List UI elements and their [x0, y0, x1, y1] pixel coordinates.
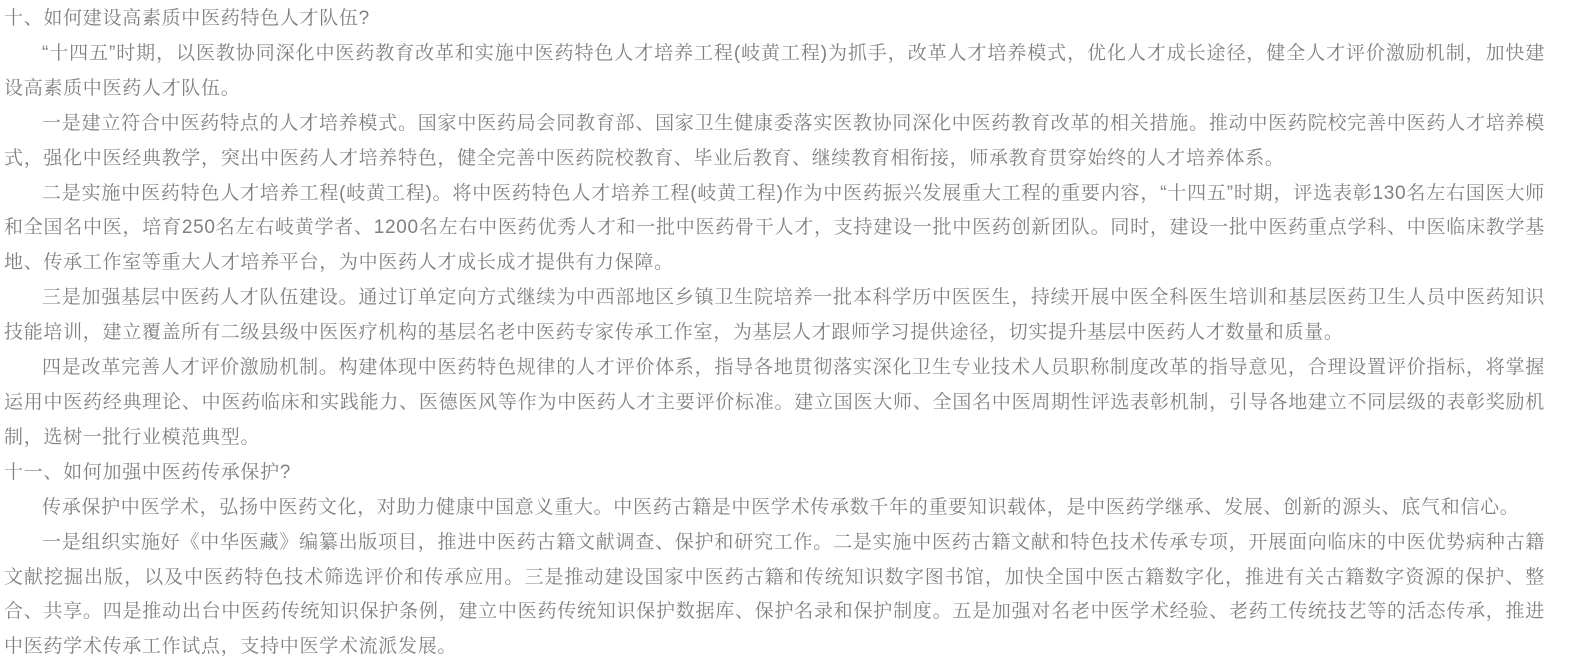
section-10-intro-paragraph: “十四五”时期，以医教协同深化中医药教育改革和实施中医药特色人才培养工程(岐黄工…	[4, 37, 1545, 107]
section-11-points-paragraph: 一是组织实施好《中华医藏》编纂出版项目，推进中医药古籍文献调查、保护和研究工作。…	[4, 526, 1545, 665]
section-10-point-3-paragraph: 三是加强基层中医药人才队伍建设。通过订单定向方式继续为中西部地区乡镇卫生院培养一…	[4, 281, 1545, 351]
document-body: 十、如何建设高素质中医药特色人才队伍?“十四五”时期，以医教协同深化中医药教育改…	[4, 2, 1545, 665]
section-10-point-4-paragraph: 四是改革完善人才评价激励机制。构建体现中医药特色规律的人才评价体系，指导各地贯彻…	[4, 351, 1545, 456]
section-11-intro-paragraph: 传承保护中医学术，弘扬中医药文化，对助力健康中国意义重大。中医药古籍是中医学术传…	[4, 491, 1545, 526]
section-10-point-2-paragraph: 二是实施中医药特色人才培养工程(岐黄工程)。将中医药特色人才培养工程(岐黄工程)…	[4, 177, 1545, 282]
document-page: 十、如何建设高素质中医药特色人才队伍?“十四五”时期，以医教协同深化中医药教育改…	[0, 0, 1573, 665]
section-11-heading: 十一、如何加强中医药传承保护?	[4, 456, 1545, 491]
section-10-heading: 十、如何建设高素质中医药特色人才队伍?	[4, 2, 1545, 37]
section-10-point-1-paragraph: 一是建立符合中医药特点的人才培养模式。国家中医药局会同教育部、国家卫生健康委落实…	[4, 107, 1545, 177]
